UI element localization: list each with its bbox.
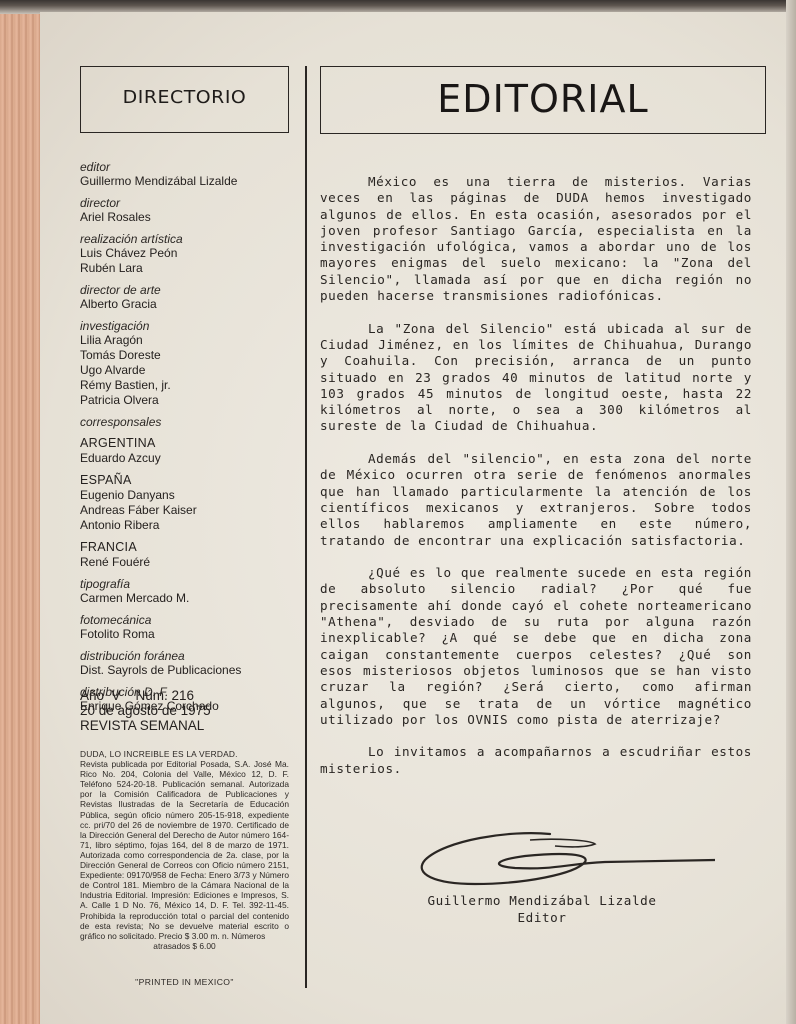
staff-role: distribución foránea — [80, 649, 295, 663]
staff-role: director — [80, 196, 295, 210]
staff-role: editor — [80, 160, 295, 174]
staff-name: Dist. Sayrols de Publicaciones — [80, 663, 295, 678]
correspondent-country: FRANCIA — [80, 540, 295, 555]
issue-info: Año V Núm. 216 20 de agosto de 1975 REVI… — [80, 688, 211, 733]
staff-role: fotomecánica — [80, 613, 295, 627]
correspondent-country: ARGENTINA — [80, 436, 295, 451]
directory-header-box: DIRECTORIO — [80, 66, 289, 133]
staff-name: René Fouéré — [80, 555, 295, 570]
legal-heading: DUDA, LO INCREIBLE ES LA VERDAD. — [80, 749, 289, 759]
staff-name: Eduardo Azcuy — [80, 451, 295, 466]
legal-text: Revista publicada por Editorial Posada, … — [80, 759, 289, 941]
staff-name: Antonio Ribera — [80, 518, 295, 533]
signature-block: Guillermo Mendizábal Lizalde Editor — [320, 892, 764, 926]
editorial-header-box: EDITORIAL — [320, 66, 766, 134]
staff-name: Rémy Bastien, jr. — [80, 378, 295, 393]
staff-role: realización artística — [80, 232, 295, 246]
staff-name: Tomás Doreste — [80, 348, 295, 363]
signature-scribble — [415, 822, 715, 892]
staff-name: Carmen Mercado M. — [80, 591, 295, 606]
issue-date: 20 de agosto de 1975 — [80, 703, 211, 718]
staff-name: Luis Chávez Peón — [80, 246, 295, 261]
editorial-paragraph: México es una tierra de misterios. Varia… — [320, 174, 752, 304]
directory-title: DIRECTORIO — [76, 87, 293, 108]
issue-number: Año V Núm. 216 — [80, 688, 211, 703]
correspondents-label: corresponsales — [80, 415, 295, 429]
signature-name: Guillermo Mendizábal Lizalde — [320, 892, 764, 909]
staff-name: Lilia Aragón — [80, 333, 295, 348]
directory-list: editorGuillermo Mendizábal Lizaldedirect… — [80, 153, 295, 714]
issue-frequency: REVISTA SEMANAL — [80, 718, 211, 733]
editorial-paragraph: ¿Qué es lo que realmente sucede en esta … — [320, 565, 752, 728]
legal-notice: DUDA, LO INCREIBLE ES LA VERDAD. Revista… — [80, 749, 289, 951]
column-divider — [305, 66, 307, 988]
staff-role: investigación — [80, 319, 295, 333]
legal-tail: atrasados $ 6.00 — [80, 941, 289, 951]
staff-name: Alberto Gracia — [80, 297, 295, 312]
staff-name: Fotolito Roma — [80, 627, 295, 642]
staff-role: tipografía — [80, 577, 295, 591]
staff-role: director de arte — [80, 283, 295, 297]
editorial-paragraph: La "Zona del Silencio" está ubicada al s… — [320, 321, 752, 435]
page-right-edge — [786, 0, 796, 1024]
staff-name: Ariel Rosales — [80, 210, 295, 225]
editorial-paragraph: Lo invitamos a acompañarnos a escudriñar… — [320, 744, 752, 777]
staff-name: Andreas Fáber Kaiser — [80, 503, 295, 518]
editorial-title: EDITORIAL — [321, 77, 765, 121]
staff-name: Guillermo Mendizábal Lizalde — [80, 174, 295, 189]
staff-name: Ugo Alvarde — [80, 363, 295, 378]
editorial-paragraph: Además del "silencio", en esta zona del … — [320, 451, 752, 549]
staff-name: Eugenio Danyans — [80, 488, 295, 503]
printed-in-mexico: "PRINTED IN MEXICO" — [80, 977, 289, 987]
editorial-body: México es una tierra de misterios. Varia… — [320, 174, 752, 793]
staff-name: Patricia Olvera — [80, 393, 295, 408]
signature-title: Editor — [320, 909, 764, 926]
staff-name: Rubén Lara — [80, 261, 295, 276]
correspondent-country: ESPAÑA — [80, 473, 295, 488]
